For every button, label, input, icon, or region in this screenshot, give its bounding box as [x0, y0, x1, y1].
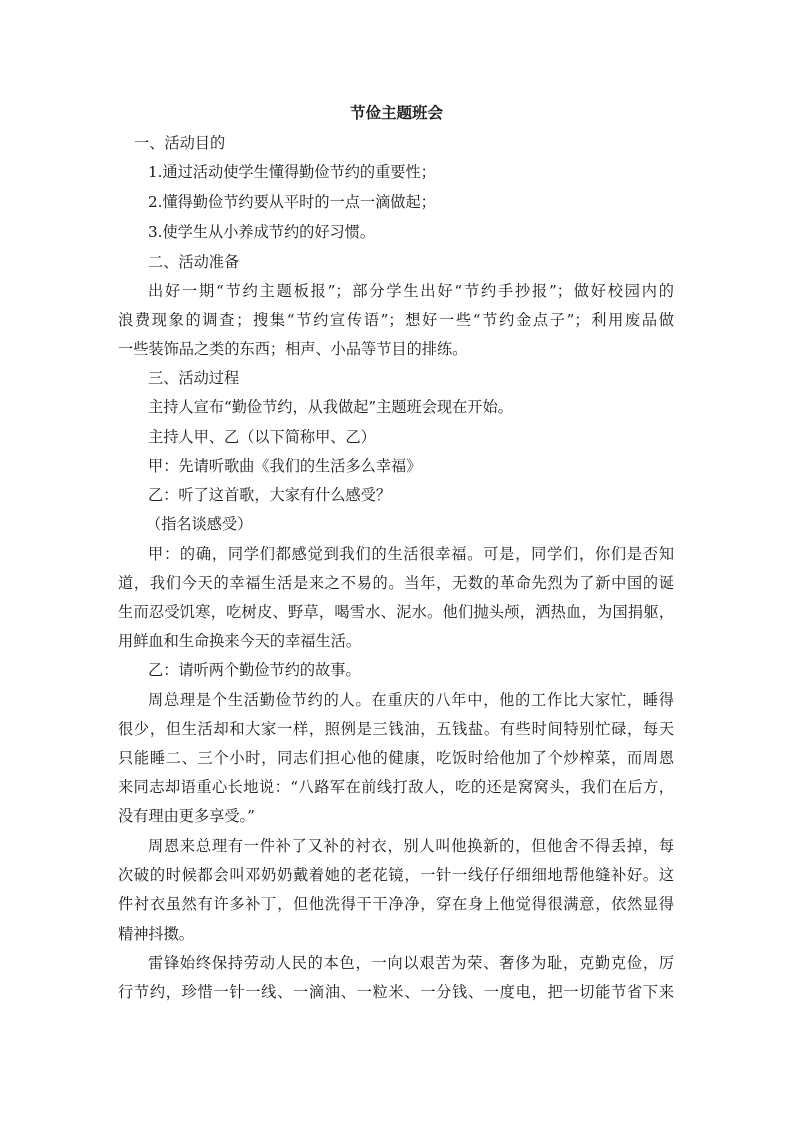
- paragraph-line: 甲：的确，同学们都感觉到我们的生活很幸福。可是，同学们，你们是否知: [148, 543, 674, 565]
- paragraph-line: 主持人甲、乙（以下简称甲、乙）: [148, 426, 376, 448]
- paragraph-line: 一些装饰品之类的东西；相声、小品等节目的排练。: [118, 338, 467, 360]
- paragraph-line: 甲：先请听歌曲《我们的生活多么幸福》: [148, 455, 421, 477]
- paragraph-line: 生而忍受饥寒，吃树皮、野草，喝雪水、泥水。他们抛头颅，洒热血，为国捐躯，: [118, 601, 674, 623]
- objective-item: 3.使学生从小养成节约的好习惯。: [148, 221, 375, 243]
- paragraph-line: 来同志却语重心长地说：“八路军在前线打敌人，吃的还是窝窝头，我们在后方，: [118, 776, 674, 798]
- paragraph-line: 很少，但生活却和大家一样，照例是三钱油，五钱盐。有些时间特别忙碌，每天: [118, 718, 674, 740]
- document-page: 节俭主题班会 一、活动目的 1.通过活动使学生懂得勤俭节约的重要性； 2.懂得勤…: [0, 0, 793, 1122]
- document-title: 节俭主题班会: [0, 102, 793, 124]
- paragraph-line: 用鲜血和生命换来今天的幸福生活。: [118, 630, 361, 652]
- paragraph-line: 周恩来总理有一件补了又补的衬衣，别人叫他换新的，但他舍不得丢掉，每: [148, 835, 674, 857]
- paragraph-line: 件衬衣虽然有许多补丁，但他洗得干干净净，穿在身上他觉得很满意，依然显得: [118, 893, 674, 915]
- paragraph-line: 乙：请听两个勤俭节约的故事。: [148, 659, 361, 681]
- paragraph-line: 精神抖擞。: [118, 923, 194, 945]
- paragraph-line: 雷锋始终保持劳动人民的本色，一向以艰苦为荣、奢侈为耻，克勤克俭，厉: [148, 952, 674, 974]
- paragraph-line: 没有理由更多享受。”: [118, 805, 255, 827]
- paragraph-line: 乙：听了这首歌，大家有什么感受？: [148, 484, 391, 506]
- section-heading-process: 三、活动过程: [148, 367, 239, 389]
- objective-item: 2.懂得勤俭节约要从平时的一点一滴做起；: [148, 191, 436, 213]
- paragraph-line: 主持人宣布“勤俭节约，从我做起”主题班会现在开始。: [148, 396, 513, 418]
- paragraph-line: （指名谈感受）: [146, 513, 252, 535]
- paragraph-line: 行节约，珍惜一针一线、一滴油、一粒米、一分钱、一度电，把一切能节省下来: [118, 981, 674, 1003]
- objective-item: 1.通过活动使学生懂得勤俭节约的重要性；: [148, 161, 436, 183]
- section-heading-preparation: 二、活动准备: [148, 251, 239, 273]
- paragraph-line: 周总理是个生活勤俭节约的人。在重庆的八年中，他的工作比大家忙，睡得: [148, 689, 674, 711]
- paragraph-line: 出好一期“节约主题板报”；部分学生出好“节约手抄报”；做好校园内的: [148, 280, 674, 302]
- section-heading-objectives: 一、活动目的: [134, 132, 225, 154]
- paragraph-line: 次破的时候都会叫邓奶奶戴着她的老花镜，一针一线仔仔细细地帮他缝补好。这: [118, 864, 674, 886]
- paragraph-line: 道，我们今天的幸福生活是来之不易的。当年，无数的革命先烈为了新中国的诞: [118, 572, 674, 594]
- paragraph-line: 只能睡二、三个小时，同志们担心他的健康，吃饭时给他加了个炒榨菜，而周恩: [118, 747, 674, 769]
- paragraph-line: 浪费现象的调查；搜集“节约宣传语”；想好一些“节约金点子”；利用废品做: [118, 309, 674, 331]
